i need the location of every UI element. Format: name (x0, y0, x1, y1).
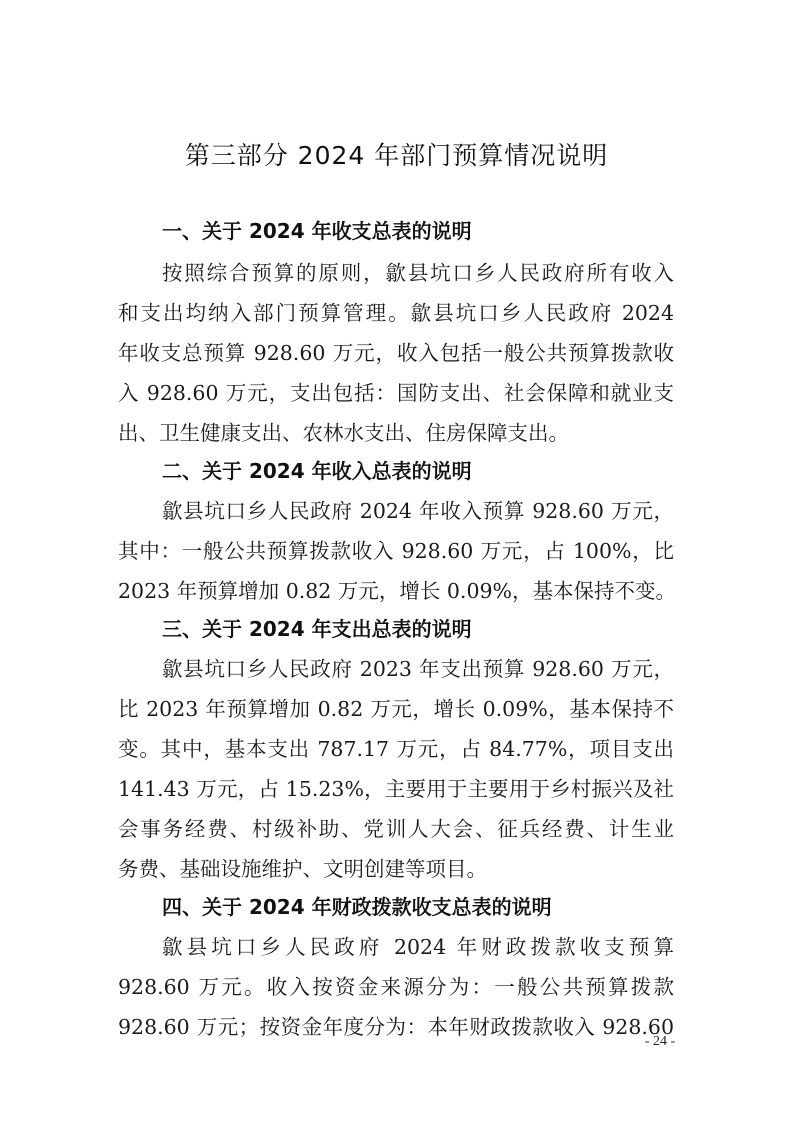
paragraph-line: 928.60 万元。收入按资金来源分为：一般公共预算拨款 (118, 972, 674, 1002)
paragraph-line: 比 2023 年预算增加 0.82 万元，增长 0.09%，基本保持不 (118, 694, 674, 724)
section-heading-4: 四、关于 2024 年财政拨款收支总表的说明 (162, 892, 552, 922)
paragraph-line: 928.60 万元；按资金年度分为：本年财政拨款收入 928.60 (118, 1012, 674, 1042)
section-heading-1: 一、关于 2024 年收支总表的说明 (162, 216, 472, 246)
paragraph-line: 按照综合预算的原则，歙县坑口乡人民政府所有收入 (162, 258, 674, 288)
paragraph-line: 和支出均纳入部门预算管理。歙县坑口乡人民政府 2024 (118, 298, 674, 328)
paragraph-line: 其中：一般公共预算拨款收入 928.60 万元，占 100%，比 (118, 536, 674, 566)
paragraph-line: 歙县坑口乡人民政府 2023 年支出预算 928.60 万元， (162, 654, 674, 684)
section-heading-3: 三、关于 2024 年支出总表的说明 (162, 614, 472, 644)
page-title: 第三部分 2024 年部门预算情况说明 (0, 138, 793, 174)
paragraph-line: 歙县坑口乡人民政府 2024 年收入预算 928.60 万元， (162, 496, 674, 526)
paragraph-line: 歙县坑口乡人民政府 2024 年财政拨款收支预算 (162, 932, 674, 962)
paragraph-line: 2023 年预算增加 0.82 万元，增长 0.09%，基本保持不变。 (118, 576, 674, 606)
paragraph-line: 出、卫生健康支出、农林水支出、住房保障支出。 (118, 418, 674, 448)
document-page: 第三部分 2024 年部门预算情况说明 一、关于 2024 年收支总表的说明 按… (0, 0, 793, 1122)
section-heading-2: 二、关于 2024 年收入总表的说明 (162, 456, 472, 486)
page-number: - 24 - (630, 1032, 690, 1052)
paragraph-line: 务费、基础设施维护、文明创建等项目。 (118, 854, 674, 884)
paragraph-line: 年收支总预算 928.60 万元，收入包括一般公共预算拨款收 (118, 338, 674, 368)
paragraph-line: 141.43 万元，占 15.23%，主要用于主要用于乡村振兴及社 (118, 774, 674, 804)
paragraph-line: 变。其中，基本支出 787.17 万元，占 84.77%，项目支出 (118, 734, 674, 764)
paragraph-line: 会事务经费、村级补助、党训人大会、征兵经费、计生业 (118, 814, 674, 844)
paragraph-line: 入 928.60 万元，支出包括：国防支出、社会保障和就业支 (118, 378, 674, 408)
